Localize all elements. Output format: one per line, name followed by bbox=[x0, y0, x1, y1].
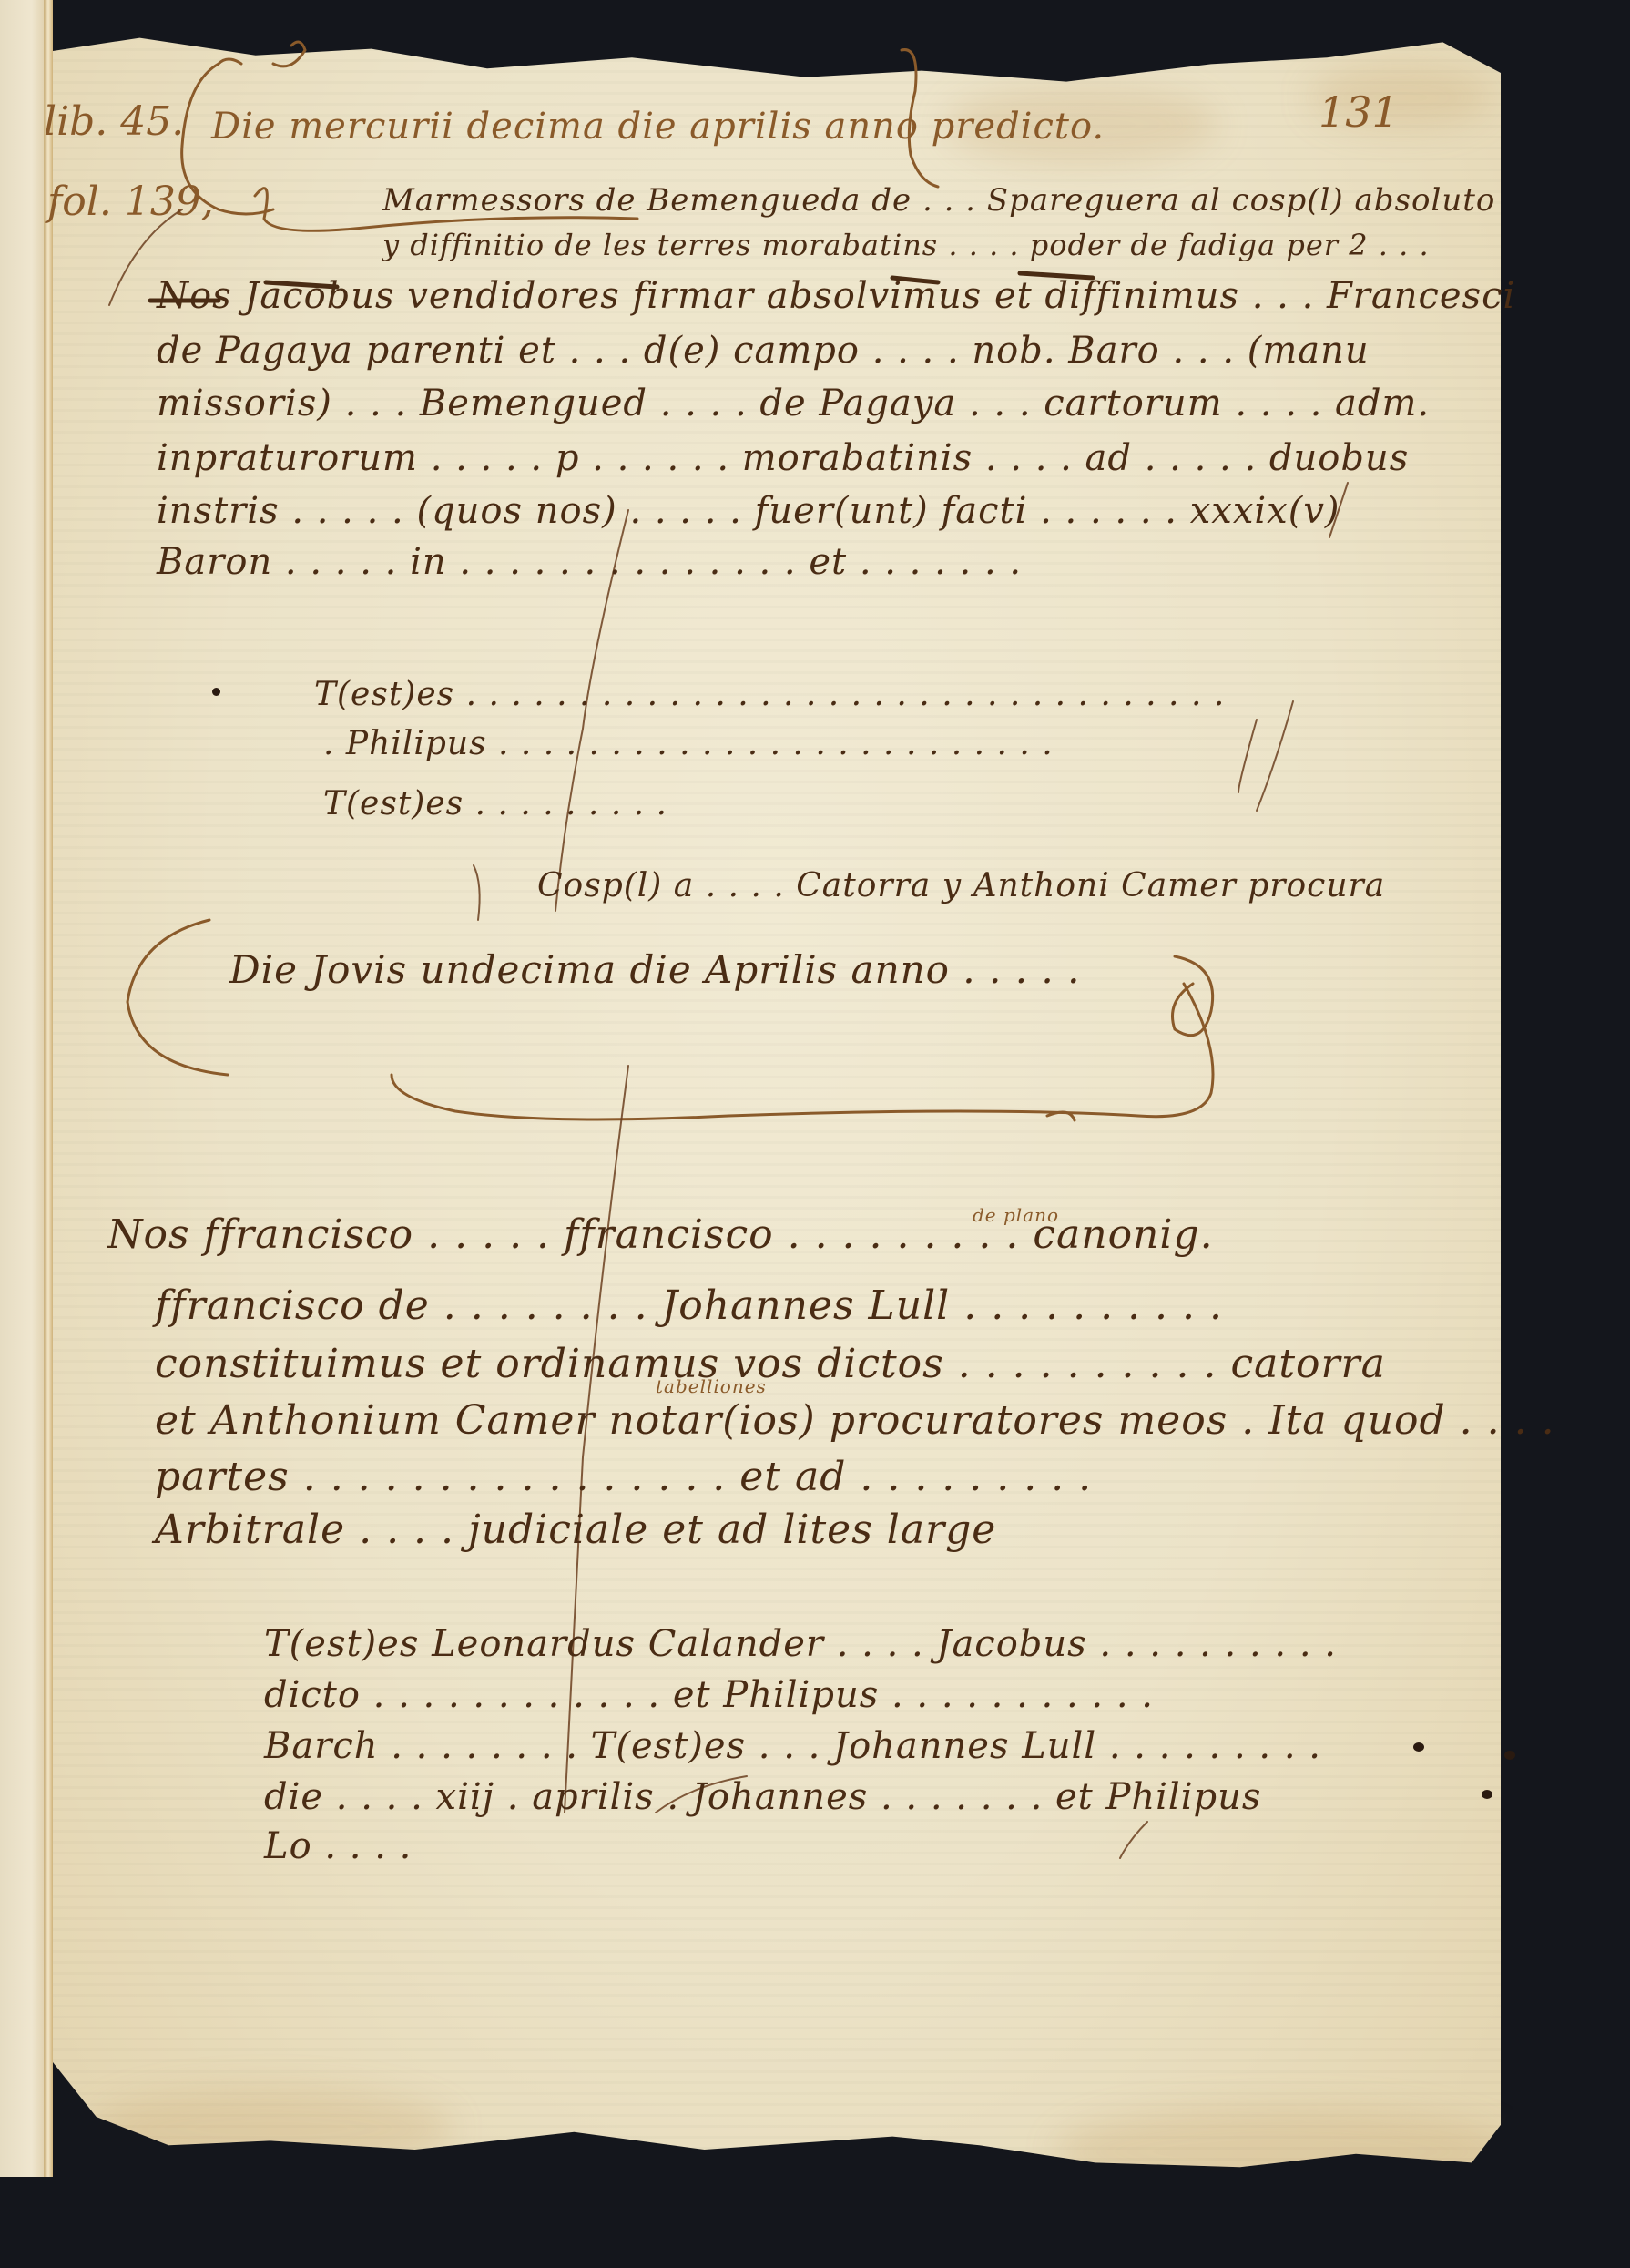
previous-page-edge bbox=[0, 0, 53, 2177]
ink-dot bbox=[212, 688, 220, 696]
entry2-body-line-1: Nos ffrancisco . . . . . ffrancisco . . … bbox=[107, 1211, 1214, 1258]
entry2-interlinear-tabelliones: tabelliones bbox=[656, 1375, 767, 1397]
entry1-body-line-3: missoris) . . . Bemengued . . . . de Pag… bbox=[157, 383, 1430, 424]
entry2-witness-line-5: Lo . . . . bbox=[264, 1825, 412, 1867]
entry1-closing-note: Cosp(l) a . . . . Catorra y Anthoni Came… bbox=[537, 867, 1385, 904]
entry2-body-line-2: ffrancisco de . . . . . . . . Johannes L… bbox=[155, 1282, 1223, 1329]
entry2-body-line-4: et Anthonium Camer notar(ios) procurator… bbox=[155, 1397, 1555, 1444]
entry2-body-line-3: constituimus et ordinamus vos dictos . .… bbox=[155, 1341, 1386, 1387]
entry1-body-line-5: instris . . . . . (quos nos) . . . . . f… bbox=[157, 490, 1340, 532]
entry2-witness-line-3: Barch . . . . . . . . T(est)es . . . Joh… bbox=[264, 1725, 1321, 1767]
entry2-body-line-5: partes . . . . . . . . . . . . . . . . e… bbox=[155, 1454, 1092, 1500]
entry1-body-line-1: Nos Jacobus vendidores firmar absolvimus… bbox=[157, 275, 1515, 317]
entry2-date-heading: Die Jovis undecima die Aprilis anno . . … bbox=[229, 947, 1080, 992]
entry1-body-line-6: Baron . . . . . in . . . . . . . . . . .… bbox=[157, 541, 1022, 583]
entry2-witness-line-4: die . . . . xiij . aprilis . Johannes . … bbox=[264, 1776, 1261, 1818]
margin-folio-reference: fol. 139, bbox=[47, 179, 214, 225]
book-gutter bbox=[44, 0, 53, 2177]
entry1-rubric-line-1: Marmessors de Bemengueda de . . . Spareg… bbox=[382, 182, 1495, 219]
entry2-witness-line-1: T(est)es Leonardus Calander . . . . Jaco… bbox=[264, 1623, 1337, 1665]
worm-hole bbox=[1482, 1790, 1492, 1799]
entry1-witness-line-2: . Philipus . . . . . . . . . . . . . . .… bbox=[323, 725, 1054, 762]
worm-hole bbox=[1504, 1751, 1515, 1760]
folio-number: 131 bbox=[1319, 87, 1399, 137]
paper-stain bbox=[1054, 2106, 1510, 2197]
entry2-body-line-6: Arbitrale . . . . judiciale et ad lites … bbox=[155, 1507, 996, 1553]
worm-hole bbox=[1413, 1742, 1424, 1752]
entry1-body-line-4: inpraturorum . . . . . p . . . . . . mor… bbox=[157, 437, 1409, 479]
margin-book-reference: lib. 45. bbox=[44, 98, 184, 145]
entry1-witness-line-1: T(est)es . . . . . . . . . . . . . . . .… bbox=[314, 676, 1225, 713]
paper-stain bbox=[89, 2088, 453, 2170]
entry1-witness-line-3: T(est)es . . . . . . . . . bbox=[323, 785, 667, 822]
entry1-body-line-2: de Pagaya parenti et . . . d(e) campo . … bbox=[157, 330, 1370, 372]
entry2-witness-line-2: dicto . . . . . . . . . . . . et Philipu… bbox=[264, 1674, 1154, 1716]
entry1-rubric-line-2: y diffinitio de les terres morabatins . … bbox=[382, 228, 1430, 262]
entry1-date-heading: Die mercurii decima die aprilis anno pre… bbox=[211, 106, 1105, 148]
